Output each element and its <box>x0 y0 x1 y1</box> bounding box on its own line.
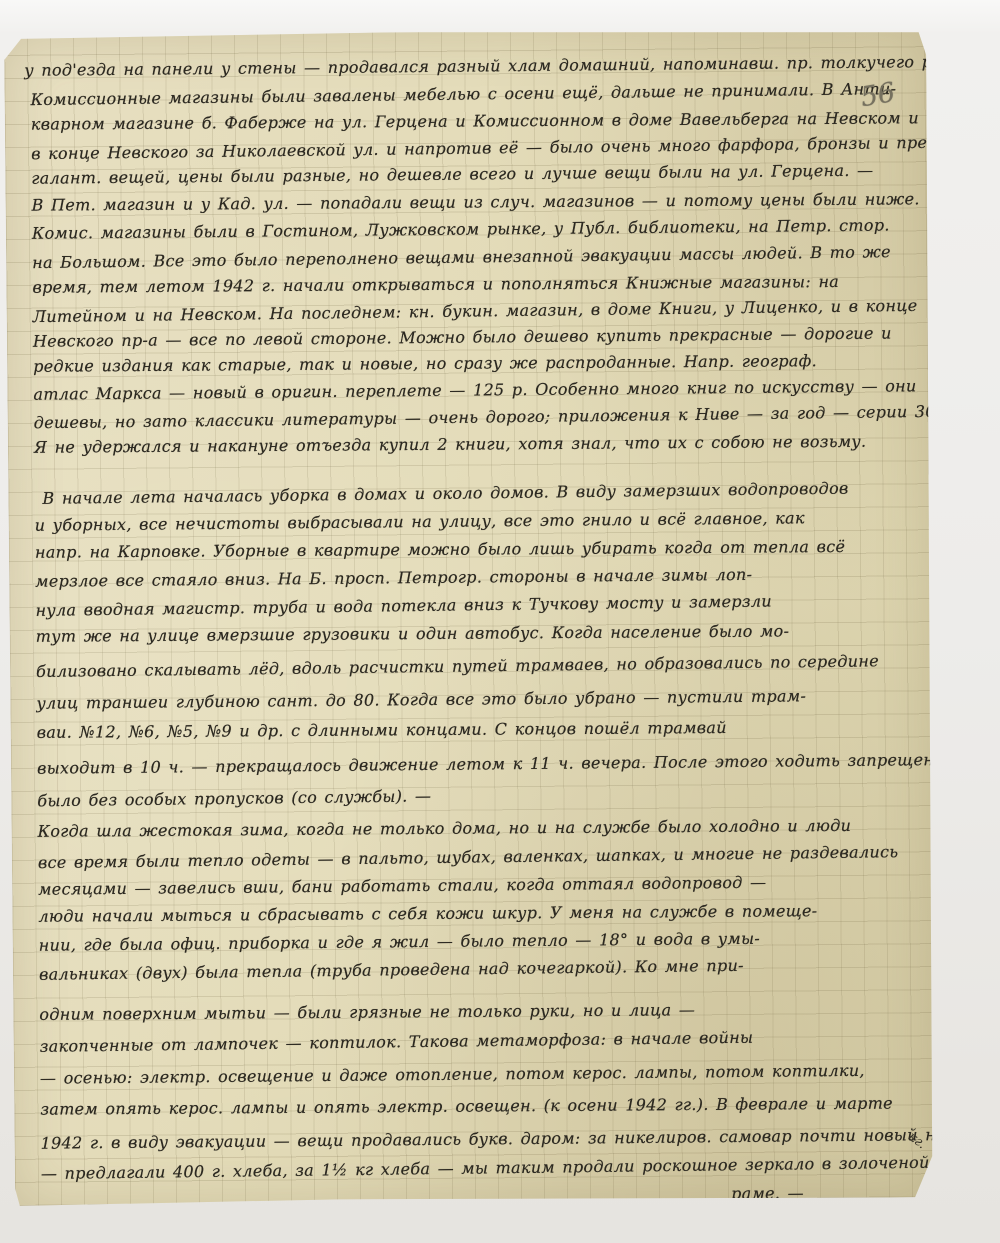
manuscript-page: у под'езда на панели у стены — продавалс… <box>4 27 937 1206</box>
handwritten-line: В Пет. магазин и у Кад. ул. — попадали в… <box>32 188 920 216</box>
handwritten-line: время, тем летом 1942 г. начали открыват… <box>32 271 839 299</box>
handwritten-line: и уборных, все нечистоты выбрасывали на … <box>35 507 805 536</box>
handwritten-line: мерзлое все стаяло вниз. На Б. просп. Пе… <box>35 564 752 593</box>
handwritten-line: тут же на улице вмерзшие грузовики и оди… <box>36 620 790 647</box>
handwritten-line: у под'езда на панели у стены — продавалс… <box>24 51 937 82</box>
handwritten-line: раме. — <box>731 1182 804 1205</box>
handwritten-line: выходит в 10 ч. — прекращалось движение … <box>37 749 937 780</box>
handwritten-line: кварном магазине б. Фаберже на ул. Герце… <box>31 107 919 135</box>
handwritten-line: нии, где была офиц. приборка и где я жил… <box>39 928 761 957</box>
handwritten-line: было без особых пропусков (со службы). — <box>37 785 431 812</box>
handwritten-line: все время были тепло одеты — в пальто, ш… <box>38 841 899 874</box>
handwritten-line: редкие издания как старые, так и новые, … <box>33 350 817 378</box>
handwritten-line: Комис. магазины были в Гостином, Лужковс… <box>32 215 890 245</box>
handwritten-line: затем опять керос. лампы и опять электр.… <box>40 1093 893 1121</box>
handwritten-line: билизовано скалывать лёд, вдоль расчистк… <box>36 650 879 683</box>
page-number: 56 <box>858 77 897 113</box>
handwritten-line: на Большом. Все это было переполнено вещ… <box>32 241 891 274</box>
handwritten-line: — осенью: электр. освещение и даже отопл… <box>40 1060 865 1090</box>
handwritten-line: закопченные от лампочек — коптилок. Тако… <box>40 1027 754 1058</box>
handwritten-line: Когда шла жестокая зима, когда не только… <box>38 815 852 843</box>
handwritten-line: галант. вещей, цены были разные, но деше… <box>31 160 873 190</box>
handwritten-line: атлас Маркса — новый в оригин. переплете… <box>33 375 916 405</box>
scanner-background: у под'езда на панели у стены — продавалс… <box>0 0 1000 1243</box>
handwritten-line: дешевы, но зато классики литературы — оч… <box>34 400 938 435</box>
handwritten-line: В начале лета началась уборка в домах и … <box>42 478 848 510</box>
handwritten-line: ваи. №12, №6, №5, №9 и др. с длинными ко… <box>37 717 727 744</box>
handwritten-line: нула вводная магистр. труба и вода потек… <box>35 590 772 621</box>
handwritten-line: — предлагали 400 г. хлеба, за 1½ кг хлеб… <box>41 1152 930 1185</box>
handwritten-line: напр. на Карповке. Уборные в квартире мо… <box>35 536 845 564</box>
handwritten-line: улиц траншеи глубиною сант. до 80. Когда… <box>36 685 806 714</box>
handwritten-line: люди начали мыться и сбрасывать с себя к… <box>38 900 817 928</box>
handwritten-line: 1942 г. в виду эвакуации — вещи продавал… <box>41 1123 938 1154</box>
handwritten-line: Комиссионные магазины были завалены мебе… <box>30 78 896 111</box>
handwritten-line: вальниках (двух) была тепла (труба прове… <box>39 955 744 986</box>
handwritten-line: месяцами — завелись вши, бани работать с… <box>38 872 766 901</box>
manuscript-lines: у под'езда на панели у стены — продавалс… <box>4 27 926 36</box>
handwritten-line: Я не удержался и накануне отъезда купил … <box>34 431 867 459</box>
handwritten-line: Невского пр-а — все по левой стороне. Мо… <box>33 322 892 352</box>
handwritten-line: одним поверхним мытьи — были грязные не … <box>39 999 695 1026</box>
